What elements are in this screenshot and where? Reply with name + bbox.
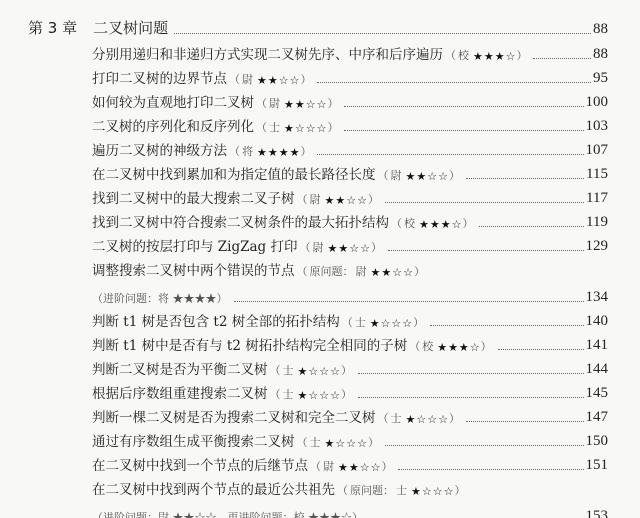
toc-entry[interactable]: 遍历二叉树的神级方法（将★★★★）107 — [92, 137, 608, 159]
paren-close: ） — [481, 338, 492, 354]
page-number: 141 — [586, 337, 609, 354]
dot-leader — [466, 178, 584, 179]
page-number: 144 — [586, 361, 609, 378]
toc-entry[interactable]: 在二叉树中找到一个节点的后继节点（尉★★☆☆）151 — [92, 452, 608, 474]
paren-open: （ — [270, 386, 281, 402]
star-rating-icon: ★★★☆ — [473, 50, 516, 63]
original-problem-label: 原问题： — [350, 482, 394, 498]
page-number: 100 — [586, 94, 609, 111]
paren-open: （ — [300, 239, 311, 255]
page-number: 140 — [586, 313, 609, 330]
entry-title: 在二叉树中找到一个节点的后继节点 — [92, 454, 308, 474]
difficulty-level: 士 — [283, 386, 294, 402]
paren-close: ） — [341, 386, 352, 402]
entry-title: 如何较为直观地打印二叉树 — [92, 91, 254, 111]
page-number: 88 — [593, 46, 608, 63]
entry-title: 二叉树的序列化和反序列化 — [92, 115, 254, 135]
toc-entry[interactable]: 打印二叉树的边界节点（尉★★☆☆）95 — [92, 65, 608, 87]
star-rating-icon: ★☆☆☆ — [298, 389, 341, 402]
star-rating-icon: ★★☆☆ — [257, 74, 300, 87]
dot-leader — [317, 154, 583, 155]
toc-entry-continuation[interactable]: （进阶问题：将 ★★★★）134 — [92, 284, 608, 306]
page-number: 145 — [586, 385, 609, 402]
entry-title: 遍历二叉树的神级方法 — [92, 139, 227, 159]
difficulty-level: 尉 — [269, 95, 280, 111]
toc-entry[interactable]: 找到二叉树中的最大搜索二叉子树（尉★★☆☆）117 — [92, 185, 608, 207]
entry-title: 打印二叉树的边界节点 — [92, 67, 227, 87]
paren-open: （ — [297, 434, 308, 450]
star-rating-icon: ★★★☆ — [437, 341, 480, 354]
star-rating-icon: ★★☆☆ — [371, 266, 414, 279]
toc-entry[interactable]: 在二叉树中找到累加和为指定值的最长路径长度（尉★★☆☆）115 — [92, 161, 608, 183]
dot-leader — [385, 202, 584, 203]
entry-title: 在二叉树中找到两个节点的最近公共祖先 — [92, 478, 335, 498]
paren-close: ） — [516, 47, 527, 63]
dot-leader — [344, 130, 583, 131]
paren-open: （ — [256, 95, 267, 111]
paren-close: ） — [341, 362, 352, 378]
difficulty-level: 将 — [242, 143, 253, 159]
toc-entry[interactable]: 通过有序数组生成平衡搜索二叉树（士★☆☆☆）150 — [92, 428, 608, 450]
difficulty-level: 校 — [422, 338, 433, 354]
toc-entry[interactable]: 判断 t1 树是否包含 t2 树全部的拓扑结构（士★☆☆☆）140 — [92, 308, 608, 330]
paren-close: ） — [414, 263, 425, 279]
toc-entry[interactable]: 分别用递归和非递归方式实现二叉树先序、中序和后序遍历（校★★★☆）88 — [92, 41, 608, 63]
paren-open: （ — [256, 119, 267, 135]
paren-close: ） — [368, 191, 379, 207]
paren-close: ） — [454, 482, 465, 498]
difficulty-level: 尉 — [242, 71, 253, 87]
difficulty-level: 尉 — [313, 239, 324, 255]
star-rating-icon: ★★☆☆ — [284, 98, 327, 111]
entry-title: 判断 t1 树中是否有与 t2 树拓扑结构完全相同的子树 — [92, 334, 407, 354]
star-rating-icon: ★★☆☆ — [325, 194, 368, 207]
paren-open: （ — [409, 338, 420, 354]
chapter-number: 第 3 章 — [28, 17, 77, 38]
star-rating-icon: ★☆☆☆ — [370, 317, 413, 330]
paren-open: （ — [342, 314, 353, 330]
difficulty-level: 士 — [269, 119, 280, 135]
difficulty-level: 尉 — [356, 263, 367, 279]
paren-close: ） — [381, 458, 392, 474]
star-rating-icon: ★★★★ — [257, 146, 300, 159]
toc-entry[interactable]: 判断一棵二叉树是否为搜索二叉树和完全二叉树（士★☆☆☆）147 — [92, 404, 608, 426]
entry-title: 通过有序数组生成平衡搜索二叉树 — [92, 430, 295, 450]
page-number: 147 — [586, 409, 609, 426]
dot-leader — [385, 445, 584, 446]
star-rating-icon: ★★☆☆ — [338, 461, 381, 474]
original-problem-label: 原问题： — [310, 263, 354, 279]
paren-open: （ — [229, 71, 240, 87]
dot-leader — [234, 301, 584, 302]
dot-leader — [174, 33, 591, 34]
page-number: 88 — [593, 21, 608, 38]
star-rating-icon: ★☆☆☆ — [411, 485, 454, 498]
difficulty-level: 士 — [396, 482, 407, 498]
page-number: 129 — [586, 238, 609, 255]
toc-entry-continuation[interactable]: （进阶问题：尉 ★★☆☆ 再进阶问题：校 ★★★☆）153 — [92, 503, 608, 518]
paren-close: ） — [371, 239, 382, 255]
toc-entry[interactable]: 在二叉树中找到两个节点的最近公共祖先（原问题：士★☆☆☆） — [92, 476, 608, 498]
paren-open: （ — [229, 143, 240, 159]
page-number: 119 — [586, 214, 608, 231]
paren-close: ） — [368, 434, 379, 450]
paren-open: （ — [378, 167, 389, 183]
difficulty-level: 尉 — [391, 167, 402, 183]
paren-open: （ — [310, 458, 321, 474]
chapter-heading[interactable]: 第 3 章 二叉树问题 88 — [28, 14, 608, 38]
dot-leader — [479, 226, 584, 227]
entry-title: 在二叉树中找到累加和为指定值的最长路径长度 — [92, 163, 376, 183]
paren-open: （ — [297, 263, 308, 279]
paren-open: （ — [391, 215, 402, 231]
page-number: 95 — [593, 70, 608, 87]
dot-leader — [398, 469, 583, 470]
paren-close: ） — [300, 71, 311, 87]
toc-entry[interactable]: 调整搜索二叉树中两个错误的节点（原问题：尉★★☆☆） — [92, 257, 608, 279]
chapter-title: 二叉树问题 — [93, 17, 168, 38]
star-rating-icon: ★☆☆☆ — [298, 365, 341, 378]
paren-open: （ — [337, 482, 348, 498]
dot-leader — [533, 58, 591, 59]
difficulty-level: 士 — [310, 434, 321, 450]
toc-entry[interactable]: 判断二叉树是否为平衡二叉树（士★☆☆☆）144 — [92, 356, 608, 378]
star-rating-icon: ★☆☆☆ — [284, 122, 327, 135]
paren-open: （ — [270, 362, 281, 378]
difficulty-level: 士 — [283, 362, 294, 378]
entry-title: 找到二叉树中符合搜索二叉树条件的最大拓扑结构 — [92, 211, 389, 231]
paren-open: （ — [378, 410, 389, 426]
paren-close: ） — [413, 314, 424, 330]
dot-leader — [317, 82, 591, 83]
toc-entry[interactable]: 二叉树的按层打印与 ZigZag 打印（尉★★☆☆）129 — [92, 233, 608, 255]
toc-entry[interactable]: 如何较为直观地打印二叉树（尉★★☆☆）100 — [92, 89, 608, 111]
toc-entry[interactable]: 判断 t1 树中是否有与 t2 树拓扑结构完全相同的子树（校★★★☆）141 — [92, 332, 608, 354]
entry-title: 判断 t1 树是否包含 t2 树全部的拓扑结构 — [92, 310, 340, 330]
page-number: 103 — [586, 118, 609, 135]
difficulty-level: 校 — [458, 47, 469, 63]
dot-leader — [498, 349, 584, 350]
page-number: 151 — [586, 457, 609, 474]
toc-entry[interactable]: 找到二叉树中符合搜索二叉树条件的最大拓扑结构（校★★★☆）119 — [92, 209, 608, 231]
star-rating-icon: ★☆☆☆ — [406, 413, 449, 426]
paren-close: ） — [327, 119, 338, 135]
toc-entry[interactable]: 根据后序数组重建搜索二叉树（士★☆☆☆）145 — [92, 380, 608, 402]
page-number: 134 — [586, 289, 609, 306]
page-number: 107 — [586, 142, 609, 159]
page-number: 117 — [586, 190, 608, 207]
dot-leader — [466, 421, 584, 422]
advanced-problem-note: （进阶问题：将 ★★★★） — [92, 290, 228, 306]
difficulty-level: 士 — [391, 410, 402, 426]
paren-close: ） — [300, 143, 311, 159]
star-rating-icon: ★★☆☆ — [406, 170, 449, 183]
difficulty-level: 尉 — [310, 191, 321, 207]
page-number: 153 — [586, 508, 609, 518]
star-rating-icon: ★★☆☆ — [328, 242, 371, 255]
entry-title: 二叉树的按层打印与 ZigZag 打印 — [92, 235, 298, 255]
difficulty-level: 校 — [404, 215, 415, 231]
dot-leader — [344, 106, 583, 107]
paren-close: ） — [449, 410, 460, 426]
paren-close: ） — [449, 167, 460, 183]
entry-title: 调整搜索二叉树中两个错误的节点 — [92, 259, 295, 279]
dot-leader — [430, 325, 583, 326]
entry-title: 分别用递归和非递归方式实现二叉树先序、中序和后序遍历 — [92, 43, 443, 63]
star-rating-icon: ★☆☆☆ — [325, 437, 368, 450]
paren-open: （ — [297, 191, 308, 207]
dot-leader — [358, 397, 584, 398]
entry-title: 找到二叉树中的最大搜索二叉子树 — [92, 187, 295, 207]
entry-title: 判断二叉树是否为平衡二叉树 — [92, 358, 268, 378]
paren-close: ） — [462, 215, 473, 231]
dot-leader — [358, 373, 584, 374]
page-number: 150 — [586, 433, 609, 450]
paren-open: （ — [445, 47, 456, 63]
star-rating-icon: ★★★☆ — [419, 218, 462, 231]
difficulty-level: 士 — [355, 314, 366, 330]
difficulty-level: 尉 — [323, 458, 334, 474]
dot-leader — [388, 250, 584, 251]
entry-title: 判断一棵二叉树是否为搜索二叉树和完全二叉树 — [92, 406, 376, 426]
paren-close: ） — [327, 95, 338, 111]
advanced-problem-note: （进阶问题：尉 ★★☆☆ 再进阶问题：校 ★★★☆） — [92, 509, 363, 518]
page-number: 115 — [586, 166, 608, 183]
toc-entry[interactable]: 二叉树的序列化和反序列化（士★☆☆☆）103 — [92, 113, 608, 135]
entry-title: 根据后序数组重建搜索二叉树 — [92, 382, 268, 402]
